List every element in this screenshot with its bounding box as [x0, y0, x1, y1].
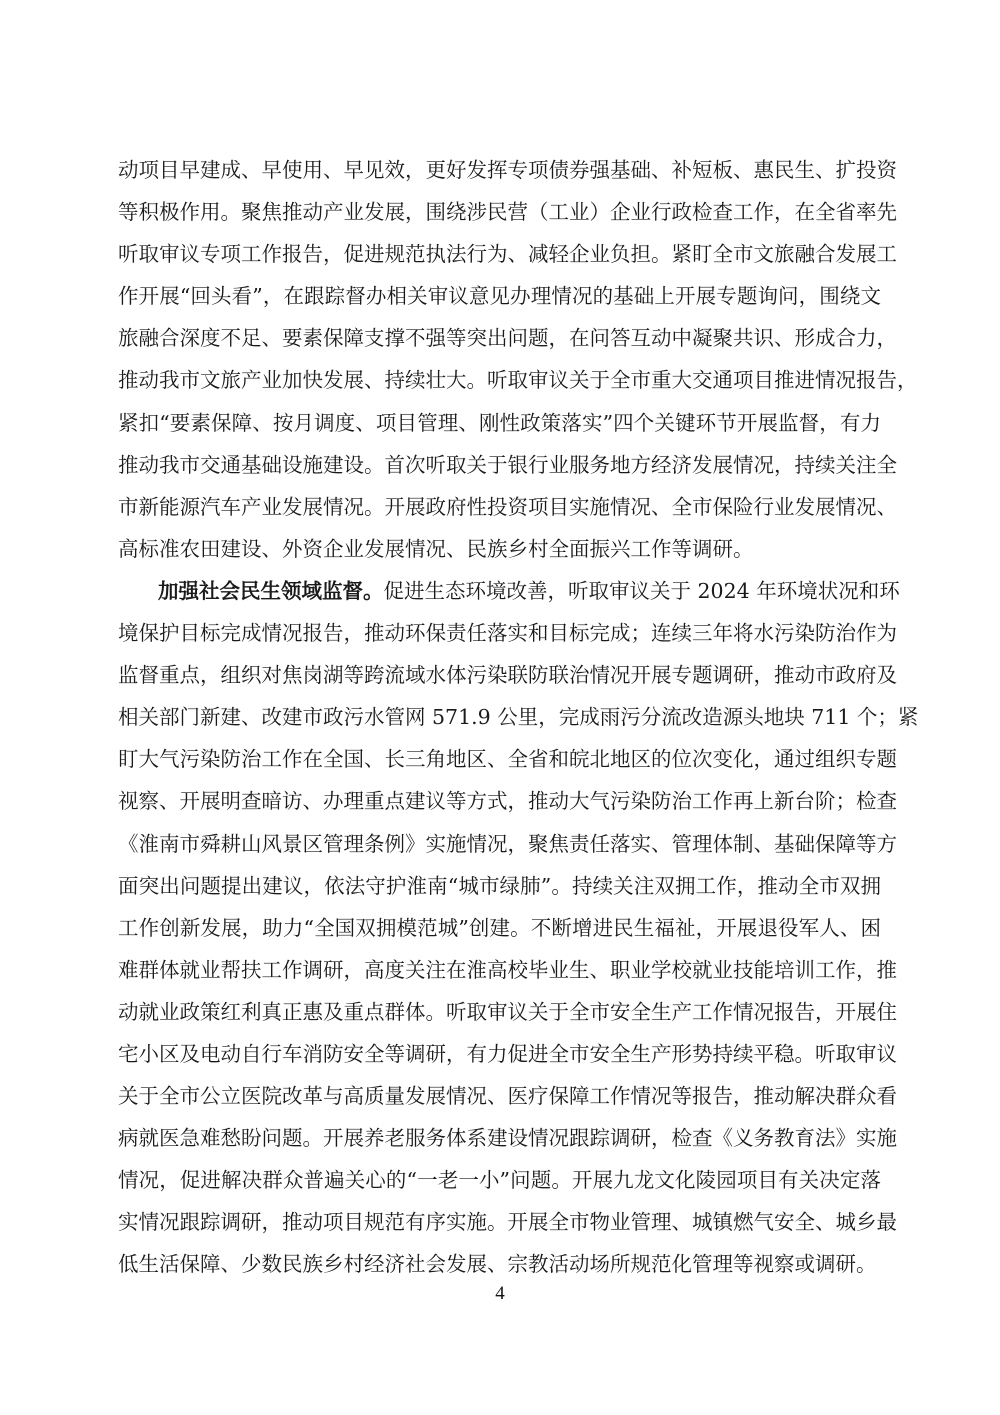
- paragraph-economic-oversight-continued: 动项目早建成、早使用、早见效，更好发挥专项债券强基础、补短板、惠民生、扩投资 等…: [118, 149, 881, 570]
- text-line: 《淮南市舜耕山风景区管理条例》实施情况，聚焦责任落实、管理体制、基础保障等方: [118, 823, 881, 865]
- text-line: 关于全市公立医院改革与高质量发展情况、医疗保障工作情况等报告，推动解决群众看: [118, 1075, 881, 1117]
- text-line: 推动我市文旅产业加快发展、持续壮大。听取审议关于全市重大交通项目推进情况报告，: [118, 359, 881, 401]
- text-line-rest: 促进生态环境改善，听取审议关于 2024 年环境状况和环: [384, 579, 900, 603]
- document-page-body: 动项目早建成、早使用、早见效，更好发挥专项债券强基础、补短板、惠民生、扩投资 等…: [118, 149, 881, 1286]
- text-line: 动项目早建成、早使用、早见效，更好发挥专项债券强基础、补短板、惠民生、扩投资: [118, 149, 881, 191]
- text-line: 工作创新发展，助力“全国双拥模范城”创建。不断增进民生福祉，开展退役军人、困: [118, 907, 881, 949]
- page-number: 4: [0, 1283, 1000, 1305]
- text-line: 市新能源汽车产业发展情况。开展政府性投资项目实施情况、全市保险行业发展情况、: [118, 486, 881, 528]
- text-line: 推动我市交通基础设施建设。首次听取关于银行业服务地方经济发展情况，持续关注全: [118, 444, 881, 486]
- text-line: 监督重点，组织对焦岗湖等跨流域水体污染联防联治情况开展专题调研，推动市政府及: [118, 654, 881, 696]
- text-line: 实情况跟踪调研，推动项目规范有序实施。开展全市物业管理、城镇燃气安全、城乡最: [118, 1201, 881, 1243]
- text-line: 境保护目标完成情况报告，推动环保责任落实和目标完成；连续三年将水污染防治作为: [118, 612, 881, 654]
- text-line: 低生活保障、少数民族乡村经济社会发展、宗教活动场所规范化管理等视察或调研。: [118, 1243, 881, 1285]
- text-line: 动就业政策红利真正惠及重点群体。听取审议关于全市安全生产工作情况报告，开展住: [118, 991, 881, 1033]
- text-line: 等积极作用。聚焦推动产业发展，围绕涉民营（工业）企业行政检查工作，在全省率先: [118, 191, 881, 233]
- text-line: 视察、开展明查暗访、办理重点建议等方式，推动大气污染防治工作再上新台阶；检查: [118, 780, 881, 822]
- text-line: 高标准农田建设、外资企业发展情况、民族乡村全面振兴工作等调研。: [118, 528, 881, 570]
- text-line: 宅小区及电动自行车消防安全等调研，有力促进全市安全生产形势持续平稳。听取审议: [118, 1033, 881, 1075]
- text-line: 作开展“回头看”，在跟踪督办相关审议意见办理情况的基础上开展专题询问，围绕文: [118, 275, 881, 317]
- text-line: 病就医急难愁盼问题。开展养老服务体系建设情况跟踪调研，检查《义务教育法》实施: [118, 1117, 881, 1159]
- paragraph-social-livelihood-oversight: 加强社会民生领域监督。促进生态环境改善，听取审议关于 2024 年环境状况和环 …: [118, 570, 881, 1286]
- text-line: 盯大气污染防治工作在全国、长三角地区、全省和皖北地区的位次变化，通过组织专题: [118, 738, 881, 780]
- text-line: 情况，促进解决群众普遍关心的“一老一小”问题。开展九龙文化陵园项目有关决定落: [118, 1159, 881, 1201]
- text-line: 旅融合深度不足、要素保障支撑不强等突出问题，在问答互动中凝聚共识、形成合力，: [118, 317, 881, 359]
- text-line-first: 加强社会民生领域监督。促进生态环境改善，听取审议关于 2024 年环境状况和环: [118, 570, 881, 612]
- text-line: 相关部门新建、改建市政污水管网 571.9 公里，完成雨污分流改造源头地块 71…: [118, 696, 881, 738]
- text-line: 听取审议专项工作报告，促进规范执法行为、减轻企业负担。紧盯全市文旅融合发展工: [118, 233, 881, 275]
- paragraph-lead-heading: 加强社会民生领域监督。: [158, 579, 384, 603]
- text-line: 面突出问题提出建议，依法守护淮南“城市绿肺”。持续关注双拥工作，推动全市双拥: [118, 865, 881, 907]
- text-line: 难群体就业帮扶工作调研，高度关注在淮高校毕业生、职业学校就业技能培训工作，推: [118, 949, 881, 991]
- text-line: 紧扣“要素保障、按月调度、项目管理、刚性政策落实”四个关键环节开展监督，有力: [118, 402, 881, 444]
